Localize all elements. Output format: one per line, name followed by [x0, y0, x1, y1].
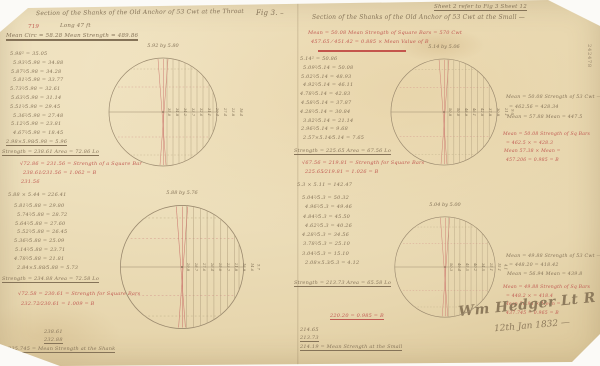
ordinate-values: 35.034.834.233.732.631.129.427.423.818.4 — [164, 110, 214, 114]
calc-line: 5.98² = 35.05 — [10, 50, 63, 59]
mean-strength-line: Mean Circ = 58.28 Mean Strength = 489.86 — [6, 33, 138, 41]
tick-value: 27.4 — [222, 108, 226, 116]
right-page-title: Section of the Shanks of the Old Anchor … — [312, 14, 525, 21]
calc-line: 2.57×5.14⁄5.14 = 7.65 — [303, 134, 364, 143]
right-block-2-header: 5.3 × 5.11 = 142.47 — [297, 182, 352, 188]
calc-line: 5.74²⁄5.88 = 28.72 — [17, 211, 78, 220]
left-strength-line-2: Strength = 234.88 Area = 72.58 Lo — [2, 276, 99, 283]
calc-line: 4.78²⁄5.14 = 42.83 — [300, 90, 364, 99]
tick-value: 50.8 — [447, 108, 451, 116]
calc-line: 5.81²⁄5.98 = 33.77 — [13, 76, 63, 85]
lower-right-annotations-black: Mean = 49.88 Strength of 53 Cwt —= 448.2… — [506, 252, 600, 279]
red-underline-bar — [318, 50, 406, 52]
tick-value: 15.1 — [496, 263, 500, 271]
tick-value: 25.1 — [488, 263, 492, 271]
tick-value: 18.9 — [242, 263, 246, 271]
right-strength-line-1: Strength = 225.65 Area = 67.56 Lo — [294, 148, 391, 155]
calc-line: 5.36²⁄5.98 = 27.48 — [13, 112, 63, 121]
left-total-b: 232.88 — [44, 337, 63, 344]
tick-value: 23.8 — [230, 108, 234, 116]
tick-value: 21.1 — [503, 108, 507, 116]
tick-value: 28.7 — [194, 263, 198, 271]
left-total-a: 238.61 — [44, 329, 63, 335]
annotation-line: Mean = 56.94 Mean = 439.8 — [507, 270, 600, 279]
calc-line: 5.14² = 50.86 — [300, 55, 364, 64]
right-calc-block-1: 5.14² = 50.865.09²⁄5.14 = 50.085.02²⁄5.1… — [300, 55, 364, 143]
calc-line: 4.62²⁄5.3 = 40.26 — [305, 222, 359, 231]
scanned-document: Section of the Shanks of the Old Anchor … — [0, 0, 600, 366]
right-total-result: 214.19 = Mean Strength at the Small — [300, 344, 402, 351]
tick-value: 29.4 — [214, 108, 218, 116]
upper-right-annotations-black: Mean = 50.08 Strength of 53 Cwt —= 462.5… — [506, 93, 600, 123]
section-dimensions-label: 5.88 by 5.76 — [117, 190, 247, 196]
left-total-result: 235.745 = Mean Strength at the Shank — [8, 346, 115, 353]
tick-value: 35.0 — [166, 108, 170, 116]
calc-line: 5.64²⁄5.88 = 27.60 — [15, 220, 78, 229]
calc-line: 5.12²⁄5.98 = 23.81 — [11, 120, 63, 129]
section-dimensions-label: 5.14 by 5.06 — [388, 44, 500, 50]
calc-line: 2.84×5.88⁄5.88 = 5.73 — [17, 264, 78, 273]
tick-value: 32.6 — [198, 108, 202, 116]
section-diagram-throat-2: 5.88 by 5.76 29.828.727.626.425.023.721.… — [117, 202, 247, 332]
left-sum-line-1: 2.98×5.98⁄5.98 = 5.96 — [6, 139, 67, 146]
annotation-line: Mean = 50.08 Strength of 53 Cwt — — [506, 93, 600, 103]
red-calc-line: 225.65⁄219.81 = 1.026 = B — [305, 168, 424, 177]
calc-line: 5.02²⁄5.14 = 48.93 — [301, 73, 364, 82]
right-calc-block-2: 5.04²⁄5.3 = 50.324.96²⁄5.3 = 49.464.84²⁄… — [302, 194, 359, 268]
calc-line: 4.96²⁄5.3 = 49.46 — [305, 203, 359, 212]
calc-line: 5.93²⁄5.98 = 34.88 — [13, 59, 63, 68]
tick-value: 23.7 — [226, 263, 230, 271]
section-diagram-throat-1: 5.92 by 5.80 35.034.834.233.732.631.129.… — [106, 55, 220, 169]
tick-value: 27.6 — [202, 263, 206, 271]
red-annotation-line: Mean 57.38 × Mean = — [504, 148, 590, 157]
red-calc-line: 231.56 — [21, 178, 142, 187]
ordinate-values: 50.850.048.946.142.837.830.821.19.6 — [445, 110, 494, 114]
tick-value: 9.6 — [510, 109, 514, 115]
tick-value: 50.3 — [448, 263, 452, 271]
calc-line: 4.28²⁄5.3 = 34.56 — [302, 231, 359, 240]
calc-line: 5.73²⁄5.98 = 32.61 — [10, 85, 63, 94]
right-total-b: 213.73 — [300, 335, 319, 342]
annotation-line: Mean = 57.88 Mean = 447.5 — [507, 113, 600, 123]
tick-value: 30.8 — [495, 108, 499, 116]
section-dimensions-label: 5.04 by 5.00 — [392, 202, 498, 208]
left-page-title: Section of the Shanks of the Old Anchor … — [36, 8, 244, 17]
left-strength-line-1: Strength = 238.61 Area = 72.86 Lo — [2, 149, 99, 156]
calc-line: 5.36²⁄5.88 = 25.09 — [14, 237, 78, 246]
tick-value: 5.7 — [257, 264, 261, 270]
sheet-reference: Sheet 2 refer to Fig 3 Sheet 12 — [434, 4, 527, 11]
tick-value: 34.8 — [174, 108, 178, 116]
calc-line: 4.28²⁄5.14 = 30.84 — [300, 108, 364, 117]
calc-line: 5.04²⁄5.3 = 50.32 — [302, 194, 359, 203]
red-calc-line: Mean = 50.08 Mean Strength of Square Bar… — [308, 29, 462, 38]
annotation-line: Mean = 49.88 Strength of 53 Cwt — — [506, 252, 600, 261]
calc-line: 5.52²⁄5.88 = 26.45 — [17, 228, 78, 237]
tick-value: 18.4 — [238, 108, 242, 116]
tick-value: 34.5 — [480, 263, 484, 271]
tick-value: 26.4 — [210, 263, 214, 271]
tick-value: 40.2 — [472, 263, 476, 271]
tick-value: 46.1 — [471, 108, 475, 116]
tick-value: 4.1 — [503, 264, 507, 270]
tick-value: 31.1 — [206, 108, 210, 116]
calc-line: 2.96²⁄5.14 = 9.68 — [301, 125, 364, 134]
tick-value: 29.8 — [186, 263, 190, 271]
ordinate-values: 29.828.727.626.425.023.721.818.914.65.7 — [183, 265, 240, 269]
upper-right-annotations-red: Mean = 50.08 Strength of Sq Bars= 462.5 … — [503, 131, 590, 165]
paper-sheet: Section of the Shanks of the Old Anchor … — [0, 0, 600, 366]
tick-value: 14.6 — [250, 263, 254, 271]
calc-line: 5.81²⁄5.88 = 29.80 — [14, 202, 78, 211]
folio-number: 719 — [28, 24, 39, 30]
calc-line: 3.82²⁄5.14 = 21.14 — [303, 117, 364, 126]
length-note: Long 47 ft — [60, 23, 91, 29]
calc-line: 5.87²⁄5.98 = 34.28 — [11, 68, 63, 77]
tick-value: 42.8 — [479, 108, 483, 116]
ordinate-values: 50.349.445.540.234.525.115.14.1 — [446, 265, 493, 269]
tick-value: 34.2 — [182, 108, 186, 116]
right-strength-line-2: Strength = 213.73 Area = 65.58 Lo — [294, 280, 391, 287]
archive-number: 242478 — [586, 44, 592, 68]
left-block-2-header: 5.88 × 5.44 = 226.41 — [8, 192, 67, 198]
section-diagram-small-1: 5.14 by 5.06 50.850.048.946.142.837.830.… — [388, 56, 500, 168]
calc-line: 5.09²⁄5.14 = 50.08 — [303, 64, 364, 73]
calc-line: 5.14²⁄5.88 = 23.71 — [15, 246, 78, 255]
figure-label: Fig 3. – — [256, 9, 284, 17]
calc-line: 2.08×5.3⁄5.3 = 4.12 — [305, 259, 359, 268]
calc-line: 3.78²⁄5.3 = 25.10 — [303, 240, 359, 249]
right-total-a: 214.65 — [300, 327, 319, 333]
tick-value: 25.0 — [218, 263, 222, 271]
calc-line: 4.84²⁄5.3 = 45.50 — [303, 213, 359, 222]
tick-value: 49.4 — [456, 263, 460, 271]
red-annotation-line: 457.206 = 0.985 = B — [506, 157, 590, 166]
calc-line: 3.04²⁄5.3 = 15.10 — [302, 250, 359, 259]
calc-line: 4.92²⁄5.14 = 46.11 — [303, 81, 364, 90]
left-calc-block-2: 5.81²⁄5.88 = 29.805.74²⁄5.88 = 28.725.64… — [14, 202, 78, 272]
calc-line: 5.63²⁄5.98 = 31.14 — [11, 94, 63, 103]
red-annotation-line: Mean = 50.08 Strength of Sq Bars — [503, 131, 590, 140]
section-diagram-small-2: 5.04 by 5.00 50.349.445.540.234.525.115.… — [392, 214, 498, 320]
section-dimensions-label: 5.92 by 5.80 — [106, 43, 220, 49]
annotation-line: = 448.20 = 418.42 — [509, 261, 600, 270]
calc-line: 4.78²⁄5.88 = 21.81 — [14, 255, 78, 264]
calc-line: 4.67²⁄5.98 = 18.45 — [13, 129, 63, 138]
left-calc-block-1: 5.98² = 35.055.93²⁄5.98 = 34.885.87²⁄5.9… — [10, 50, 63, 138]
calc-line: 5.51²⁄5.98 = 29.45 — [10, 103, 63, 112]
annotation-line: = 462.56 = 428.34 — [509, 103, 600, 113]
tick-value: 21.8 — [234, 263, 238, 271]
tick-value: 45.5 — [464, 263, 468, 271]
tick-value: 37.8 — [487, 108, 491, 116]
calc-line: 4.58²⁄5.14 = 37.87 — [301, 99, 364, 108]
right-red-fragment: 220.20 = 0.985 = B — [330, 313, 384, 320]
red-calc-line: 238.61⁄231.56 = 1.062 = B — [23, 169, 142, 178]
tick-value: 48.9 — [463, 108, 467, 116]
tick-value: 33.7 — [190, 108, 194, 116]
signature-date: 12th Jan 1832 — — [494, 318, 571, 335]
tick-value: 50.0 — [455, 108, 459, 116]
red-annotation-line: = 462.5 × = 428.3 — [506, 140, 590, 149]
